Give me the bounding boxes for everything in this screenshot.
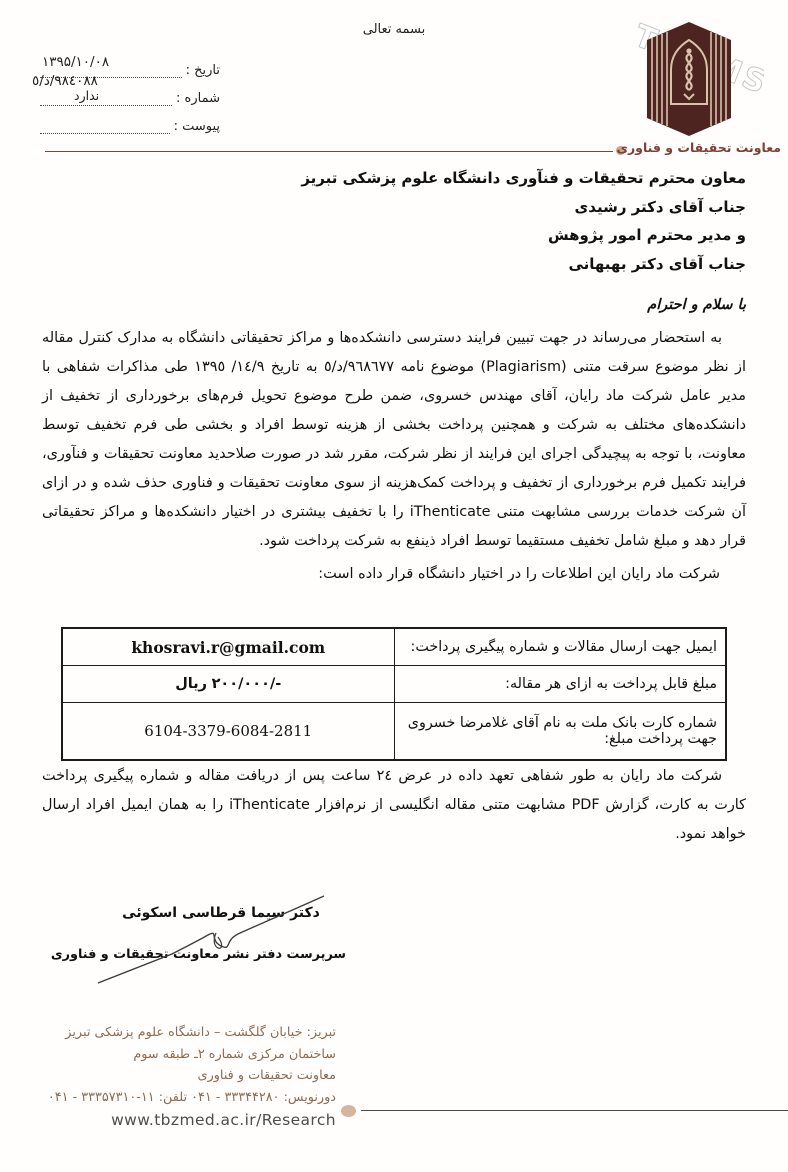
footer-address-line-1: تبریز: خیابان گلگشت – دانشگاه علوم پزشکی…: [28, 1022, 336, 1044]
letter-page: بسمه تعالی تاریخ : ۱۳۹۵/۱۰/۰۸ شماره : ٩٨…: [0, 0, 788, 1172]
number-row: شماره : ٩٨٤٠٨٨/د/٥ ندارد: [40, 86, 220, 106]
card-number-value: 6104-3379-6084-2811: [144, 722, 312, 740]
payment-info-table: ایمیل جهت ارسال مقالات و شماره پیگیری پر…: [61, 627, 727, 761]
table-intro-text: شرکت ماد رایان این اطلاعات را در اختیار …: [318, 566, 720, 582]
recipient-block: معاون محترم تحقیقات و فنآوری دانشگاه علو…: [301, 164, 746, 278]
signatory-title: سرپرست دفتر نشر معاونت تحقیقات و فناوری: [96, 947, 346, 962]
footer-address-line-2: ساختمان مرکزی شماره ۲ـ طبقه سوم: [28, 1044, 336, 1066]
attachment-none-value: ندارد: [74, 88, 99, 103]
number-dotted-line: [40, 91, 172, 106]
amount-unit: ریال: [175, 676, 207, 692]
table-row: ایمیل جهت ارسال مقالات و شماره پیگیری پر…: [62, 628, 726, 666]
table-row: شماره کارت بانک ملت به نام آقای غلامرضا …: [62, 703, 726, 761]
open-book-logo-icon: TUOMS: [614, 4, 764, 150]
date-value: ۱۳۹۵/۱۰/۰۸: [42, 54, 109, 70]
recipient-line-2: جناب آقای دکتر رشیدی: [301, 193, 746, 222]
attachment-dotted-line: [40, 119, 170, 134]
footer-phone-line: دورنویس: ۳۳۳۴۴۲۸۰ - ۰۴۱ تلفن: ۱۱-۳۳۳۵۷۳۱…: [28, 1087, 336, 1109]
recipient-line-3: و مدیر محترم امور پژوهش: [301, 221, 746, 250]
footer-block: تبریز: خیابان گلگشت – دانشگاه علوم پزشکی…: [28, 1022, 336, 1132]
footer-address-line-3: معاونت تحقیقات و فناوری: [28, 1065, 336, 1087]
salutation-text: با سلام و احترام: [647, 297, 746, 313]
email-row-label: ایمیل جهت ارسال مقالات و شماره پیگیری پر…: [394, 628, 726, 666]
university-logo: TUOMS: [614, 4, 764, 150]
footer-divider-line: [361, 1110, 788, 1111]
number-value: ٩٨٤٠٨٨/د/٥: [32, 73, 98, 89]
table-row: مبلغ قابل پرداخت به ازای هر مقاله: ٢٠٠/٠…: [62, 666, 726, 703]
header-divider-line: [45, 151, 613, 152]
body-paragraph-1: به استحضار می‌رساند در جهت تبیین فرایند …: [42, 324, 746, 556]
amount-row-label: مبلغ قابل پرداخت به ازای هر مقاله:: [394, 666, 726, 703]
header-department-name: معاونت تحقیقات و فناوری: [631, 140, 781, 155]
recipient-line-1: معاون محترم تحقیقات و فنآوری دانشگاه علو…: [301, 164, 746, 193]
amount-value: ٢٠٠/٠٠٠/-: [212, 676, 282, 692]
signature-block: دکتر سیما قرطاسی اسکوئی سرپرست دفتر نشر …: [96, 905, 346, 962]
recipient-line-4: جناب آقای دکتر بهبهانی: [301, 250, 746, 279]
footer-website-url: www.tbzmed.ac.ir/Research: [28, 1110, 336, 1132]
signatory-name: دکتر سیما قرطاسی اسکوئی: [96, 905, 346, 921]
card-row-label: شماره کارت بانک ملت به نام آقای غلامرضا …: [394, 703, 726, 761]
body-paragraph-2: شرکت ماد رایان به طور شفاهی تعهد داده در…: [42, 762, 746, 849]
reference-block: تاریخ : ۱۳۹۵/۱۰/۰۸ شماره : ٩٨٤٠٨٨/د/٥ ند…: [40, 58, 220, 142]
email-value: khosravi.r@gmail.com: [131, 638, 325, 657]
footer-accent-dot: [341, 1105, 356, 1117]
attachment-label: پیوست :: [174, 119, 220, 134]
attachment-row: پیوست :: [40, 114, 220, 134]
date-label: تاریخ :: [186, 63, 220, 78]
number-label: شماره :: [176, 91, 220, 106]
